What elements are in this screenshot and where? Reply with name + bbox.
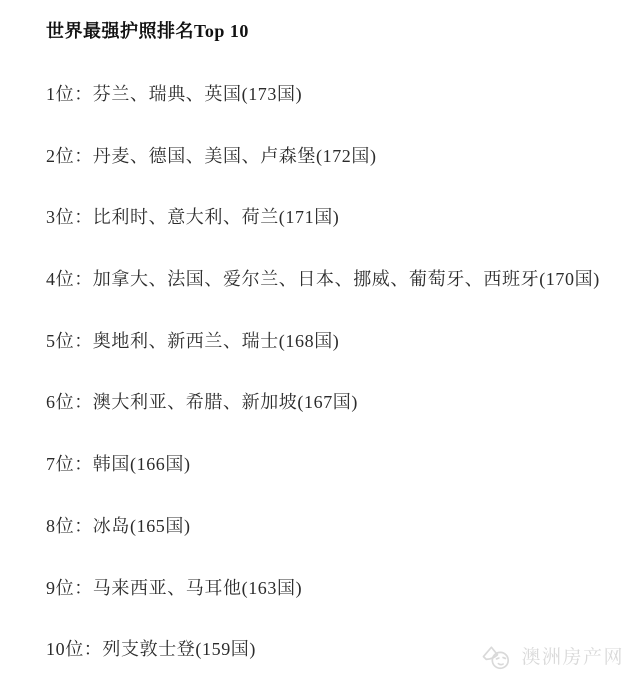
watermark-label: 澳洲房产网 [521,647,624,669]
list-item-rank-4: 4位：加拿大、法国、爱尔兰、日本、挪威、葡萄牙、西班牙(170国) [46,270,620,289]
list-item-rank-7: 7位：韩国(166国) [46,455,620,474]
list-item-rank-9: 9位：马来西亚、马耳他(163国) [46,579,620,598]
article-page: 世界最强护照排名Top 10 1位：芬兰、瑞典、英国(173国) 2位：丹麦、德… [0,0,640,688]
list-item-rank-2: 2位：丹麦、德国、美国、卢森堡(172国) [46,147,620,166]
list-item-rank-3: 3位：比利时、意大利、荷兰(171国) [46,208,620,227]
list-item-rank-5: 5位：奥地利、新西兰、瑞士(168国) [46,332,620,351]
list-item-rank-8: 8位：冰岛(165国) [46,517,620,536]
watermark: 澳洲房产网 [480,644,624,672]
page-title: 世界最强护照排名Top 10 [46,20,620,42]
megaphone-icon [480,644,514,672]
list-item-rank-1: 1位：芬兰、瑞典、英国(173国) [46,85,620,104]
list-item-rank-6: 6位：澳大利亚、希腊、新加坡(167国) [46,393,620,412]
